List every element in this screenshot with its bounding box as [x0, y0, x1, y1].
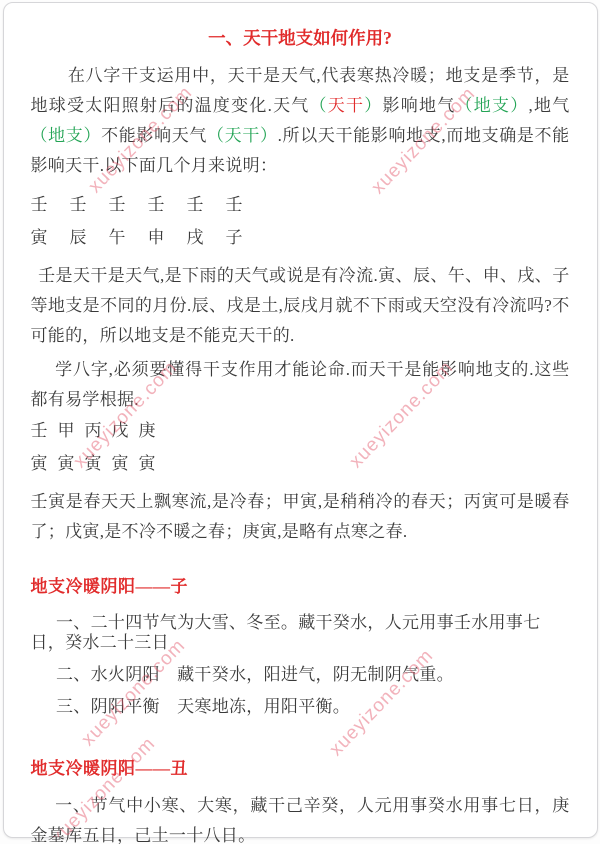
- section-chou-heading: 地支冷暖阴阳——丑: [31, 759, 570, 779]
- paragraph-study-basis: 学八字,必须要懂得干支作用才能论命.而天干是能影响地支的.这些都有易学根据.: [31, 355, 570, 415]
- dizhi-highlight: 地支: [48, 126, 83, 145]
- intro-paragraph: 在八字干支运用中，天干是天气,代表寒热冷暖；地支是季节，是地球受太阳照射后的温度…: [31, 61, 570, 181]
- paren-close: ）: [510, 96, 528, 115]
- dizhi-highlight: 地支: [474, 96, 510, 115]
- branch-char: 寅: [31, 228, 48, 248]
- branch-char: 申: [148, 228, 165, 248]
- stem-char: 壬: [187, 195, 204, 215]
- stem-char: 壬: [31, 421, 48, 441]
- stem-char: 壬: [70, 195, 87, 215]
- tiangan-green-highlight: （天干）: [207, 126, 278, 145]
- paren-open: （: [310, 96, 328, 115]
- doc-title: 一、天干地支如何作用?: [31, 27, 570, 49]
- tiangan-highlight: 天干: [328, 96, 364, 115]
- stem-char: 壬: [226, 195, 243, 215]
- document-content: 一、天干地支如何作用? 在八字干支运用中，天干是天气,代表寒热冷暖；地支是季节，…: [31, 27, 570, 844]
- branch-char: 寅: [31, 454, 48, 474]
- branch-char: 辰: [70, 228, 87, 248]
- stem-char: 壬: [148, 195, 165, 215]
- document-page: xueyizone.com xueyizone.com xueyizone.co…: [3, 2, 598, 838]
- paren-close: ）: [83, 126, 101, 145]
- stem-char: 壬: [109, 195, 126, 215]
- branch-char: 寅: [58, 454, 75, 474]
- branches-row-1: 寅辰午申戌子: [31, 228, 570, 248]
- branch-char: 戌: [187, 228, 204, 248]
- stem-char: 戊: [112, 421, 129, 441]
- branch-char: 午: [109, 228, 126, 248]
- stem-char: 壬: [31, 195, 48, 215]
- zi-item-2: 二、水火阴阳 藏干癸水，阳进气，阴无制阴气重。: [31, 665, 570, 685]
- branch-char: 寅: [139, 454, 156, 474]
- stems-row-2: 壬甲丙戊庚: [31, 421, 570, 441]
- paragraph-explanation: 壬是天干是天气,是下雨的天气或说是有冷流.寅、辰、午、申、戌、子等地支是不同的月…: [31, 261, 570, 351]
- intro-seg: ,地气: [528, 96, 569, 115]
- intro-seg: 不能影响天气: [101, 126, 207, 145]
- paragraph-spring-examples: 壬寅是春天天上飘寒流,是冷春；甲寅,是稍稍冷的春天；丙寅可是暖春了；戊寅,是不冷…: [31, 487, 570, 547]
- zi-item-3: 三、阴阳平衡 天寒地冻，用阳平衡。: [31, 697, 570, 717]
- branch-char: 寅: [112, 454, 129, 474]
- paren-open: （: [31, 126, 49, 145]
- stems-row-1: 壬壬壬壬壬壬: [31, 195, 570, 215]
- stem-char: 庚: [139, 421, 156, 441]
- stem-char: 甲: [58, 421, 75, 441]
- branch-char: 寅: [85, 454, 102, 474]
- stem-char: 丙: [85, 421, 102, 441]
- zi-item-1: 一、二十四节气为大雪、冬至。藏干癸水，人元用事壬水用事七日，癸水二十三日: [31, 613, 570, 653]
- section-zi-heading: 地支冷暖阴阳——子: [31, 577, 570, 597]
- paren-open: （: [455, 96, 473, 115]
- paren-close: ）: [364, 96, 382, 115]
- branch-char: 子: [226, 228, 243, 248]
- branches-row-2: 寅寅寅寅寅: [31, 454, 570, 474]
- chou-item-1: 一、节气中小寒、大寒，藏干己辛癸，人元用事癸水用事七日，庚金墓库五日，己土一十八…: [31, 791, 570, 844]
- intro-seg: 影响地气: [383, 96, 456, 115]
